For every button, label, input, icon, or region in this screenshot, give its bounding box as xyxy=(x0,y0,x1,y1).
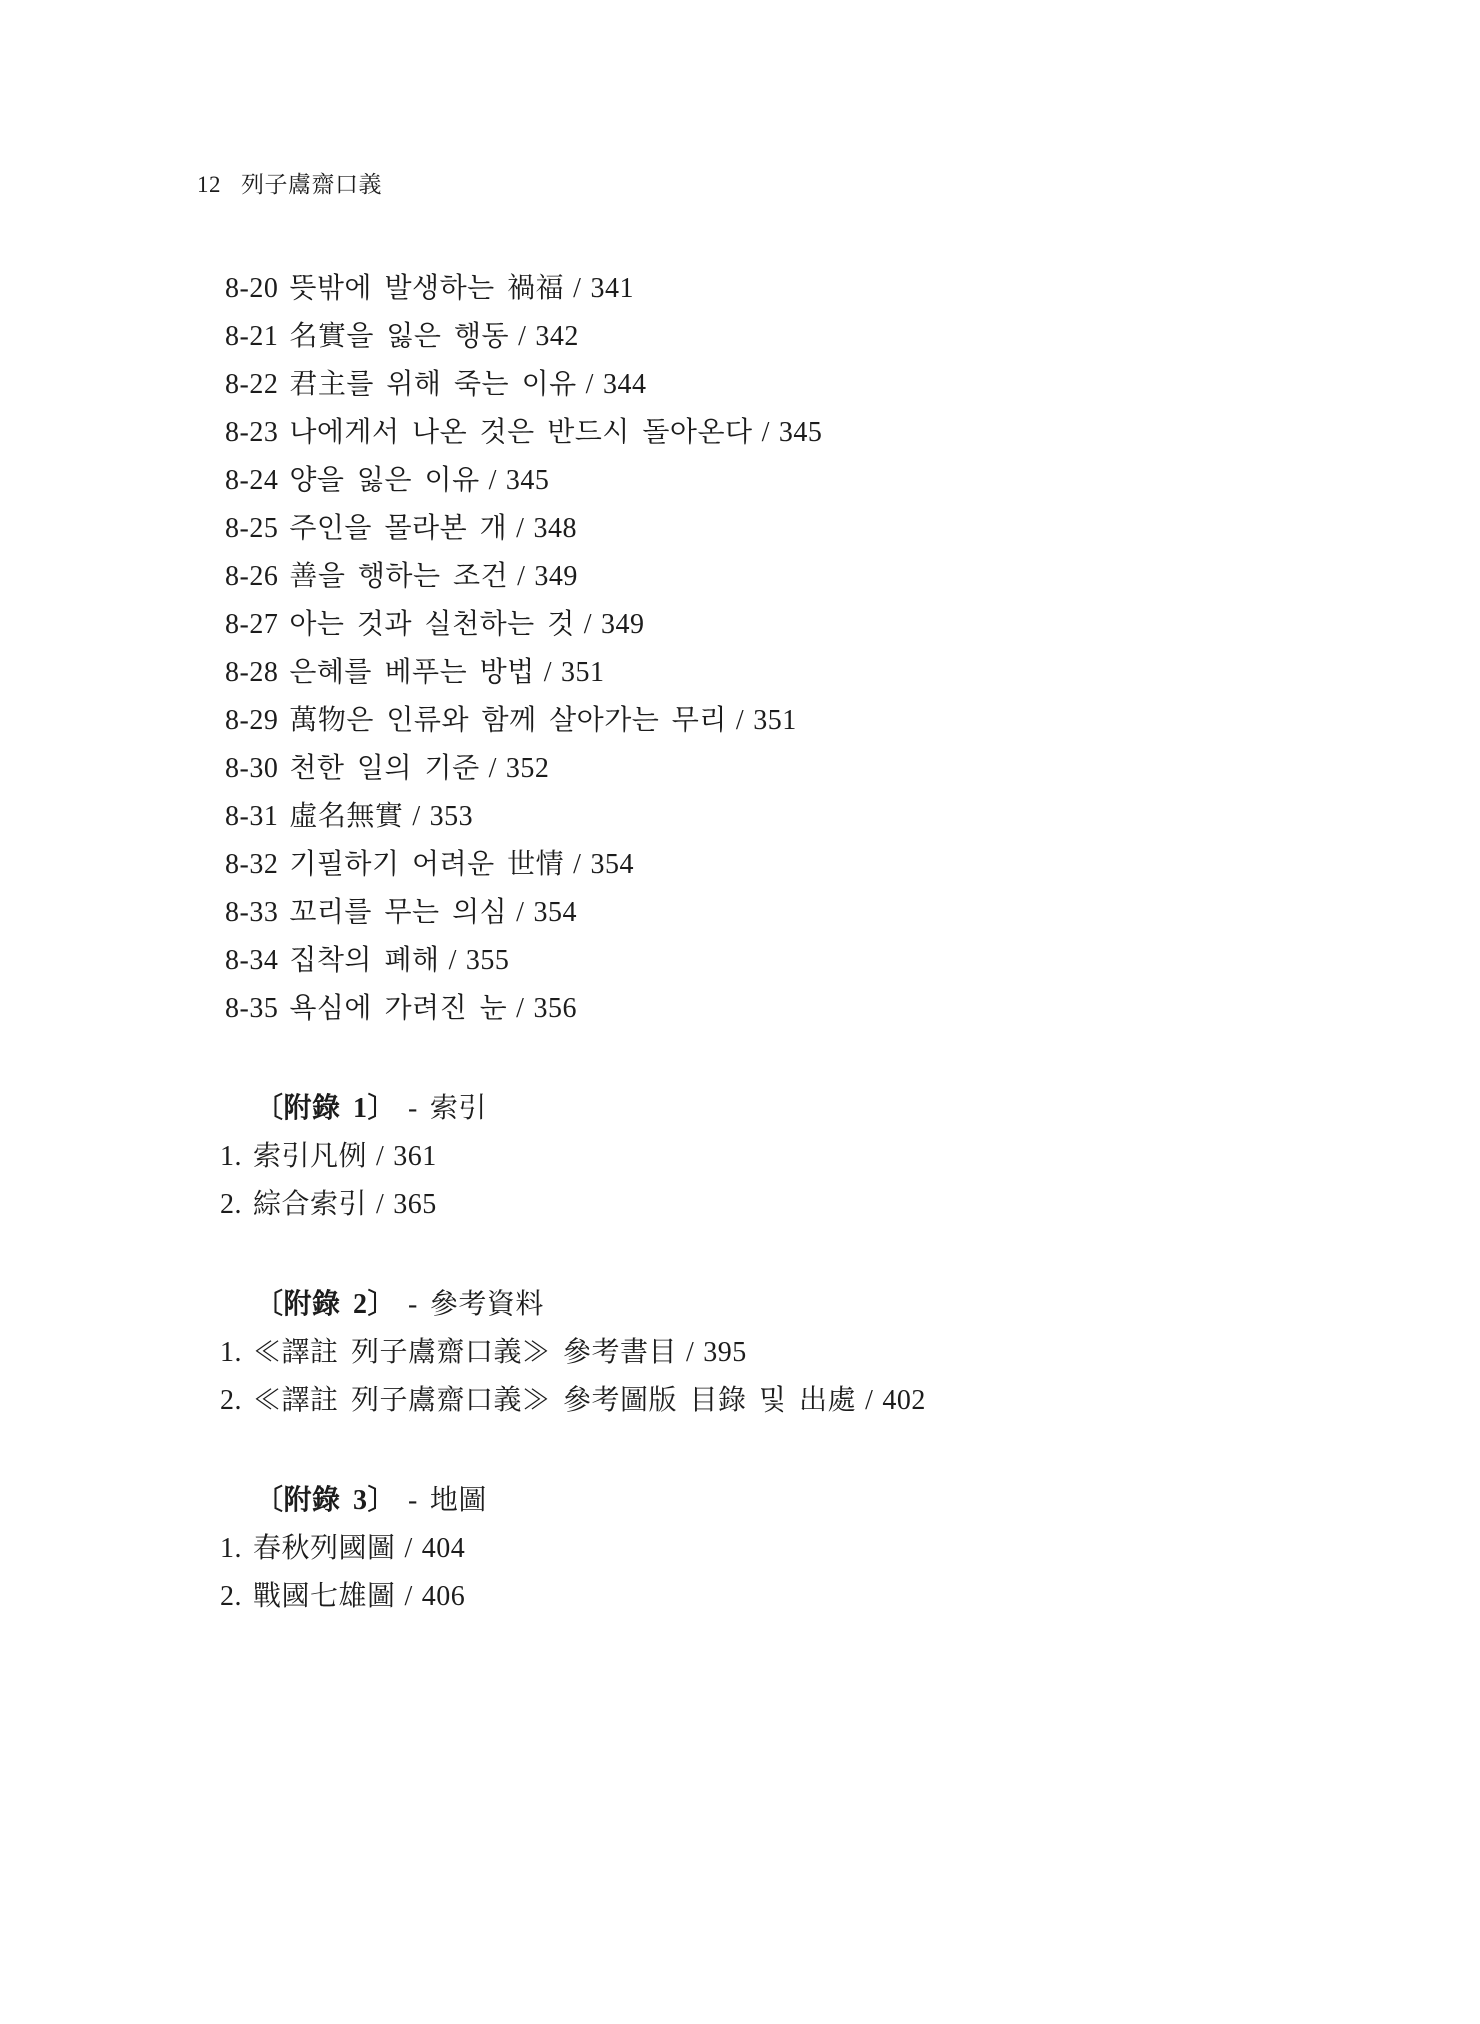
appendix-item-page: 361 xyxy=(393,1141,437,1172)
toc-entry: 8-29萬物은 인류와 함께 살아가는 무리/351 xyxy=(0,697,1480,745)
appendix-heading: 〔附錄 2〕-參考資料 xyxy=(0,1281,1480,1329)
appendix-heading-title: 地圖 xyxy=(430,1485,487,1516)
appendix-heading-label: 〔附錄 1〕 xyxy=(255,1093,396,1124)
appendix-heading-title: 參考資料 xyxy=(430,1289,544,1320)
toc-entry-page: 345 xyxy=(506,465,550,496)
toc-entry-number: 8-20 xyxy=(225,273,278,304)
appendix-item-title: 綜合索引 xyxy=(253,1189,367,1220)
appendix-heading-dash: - xyxy=(408,1485,418,1516)
appendix-heading-dash: - xyxy=(408,1289,418,1320)
toc-entry-page: 352 xyxy=(506,753,550,784)
appendix-item-number: 1. xyxy=(220,1533,242,1564)
appendix-item-page: 395 xyxy=(703,1337,747,1368)
appendix-section: 〔附錄 2〕-參考資料 1.≪譯註 列子鬳齋口義≫ 參考書目/395 2.≪譯註… xyxy=(0,1281,1480,1425)
appendix-item: 1.春秋列國圖/404 xyxy=(0,1525,1480,1573)
page-separator: / xyxy=(736,705,744,736)
toc-entry-number: 8-32 xyxy=(225,849,278,880)
toc-entry-title: 萬物은 인류와 함께 살아가는 무리 xyxy=(289,705,727,736)
toc-entry-title: 名實을 잃은 행동 xyxy=(289,321,509,352)
toc-entry-number: 8-31 xyxy=(225,801,278,832)
toc-entry: 8-21名實을 잃은 행동/342 xyxy=(0,313,1480,361)
toc-entry-title: 집착의 폐해 xyxy=(289,945,439,976)
toc-entry-title: 양을 잃은 이유 xyxy=(289,465,479,496)
toc-entry-page: 356 xyxy=(533,993,577,1024)
toc-entry-page: 354 xyxy=(533,897,577,928)
toc-entry: 8-30천한 일의 기준/352 xyxy=(0,745,1480,793)
page-number: 12 xyxy=(197,172,221,197)
page-separator: / xyxy=(376,1189,384,1220)
appendix-item-number: 2. xyxy=(220,1581,242,1612)
toc-entry-number: 8-24 xyxy=(225,465,278,496)
page-separator: / xyxy=(376,1141,384,1172)
page-separator: / xyxy=(573,849,581,880)
appendix-section: 〔附錄 1〕-索引 1.索引凡例/361 2.綜合索引/365 xyxy=(0,1085,1480,1229)
appendix-item: 2.≪譯註 列子鬳齋口義≫ 參考圖版 目錄 및 出處/402 xyxy=(0,1377,1480,1425)
appendix-heading-label: 〔附錄 3〕 xyxy=(255,1485,396,1516)
page-separator: / xyxy=(865,1385,873,1416)
page-separator: / xyxy=(405,1533,413,1564)
appendix-item-list: 1.春秋列國圖/404 2.戰國七雄圖/406 xyxy=(0,1525,1480,1621)
toc-entry-page: 354 xyxy=(590,849,634,880)
toc-entry-page: 351 xyxy=(561,657,605,688)
appendix-item: 2.綜合索引/365 xyxy=(0,1181,1480,1229)
toc-entry: 8-28은혜를 베푸는 방법/351 xyxy=(0,649,1480,697)
appendix-item-title: 戰國七雄圖 xyxy=(253,1581,396,1612)
appendix-item-page: 365 xyxy=(393,1189,437,1220)
book-title: 列子鬳齋口義 xyxy=(241,172,382,197)
toc-entry-title: 君主를 위해 죽는 이유 xyxy=(289,369,576,400)
page-separator: / xyxy=(516,897,524,928)
appendix-heading: 〔附錄 1〕-索引 xyxy=(0,1085,1480,1133)
toc-entry-number: 8-23 xyxy=(225,417,278,448)
appendix-item-title: 索引凡例 xyxy=(253,1141,367,1172)
toc-entry-number: 8-34 xyxy=(225,945,278,976)
toc-entry-title: 천한 일의 기준 xyxy=(289,753,479,784)
appendix-heading-dash: - xyxy=(408,1093,418,1124)
toc-entry-title: 꼬리를 무는 의심 xyxy=(289,897,507,928)
toc-entry-title: 욕심에 가려진 눈 xyxy=(289,993,507,1024)
page-separator: / xyxy=(573,273,581,304)
page-separator: / xyxy=(586,369,594,400)
toc-entry-page: 344 xyxy=(603,369,647,400)
toc-entry: 8-25주인을 몰라본 개/348 xyxy=(0,505,1480,553)
toc-entry-number: 8-22 xyxy=(225,369,278,400)
appendix-item-list: 1.≪譯註 列子鬳齋口義≫ 參考書目/395 2.≪譯註 列子鬳齋口義≫ 參考圖… xyxy=(0,1329,1480,1425)
toc-entry-page: 351 xyxy=(753,705,797,736)
toc-entry: 8-20뜻밖에 발생하는 禍福/341 xyxy=(0,265,1480,313)
page-separator: / xyxy=(489,753,497,784)
toc-entry-number: 8-27 xyxy=(225,609,278,640)
toc-entry-title: 기필하기 어려운 世情 xyxy=(289,849,564,880)
toc-entry-number: 8-35 xyxy=(225,993,278,1024)
toc-entry-number: 8-30 xyxy=(225,753,278,784)
toc-entry-page: 349 xyxy=(534,561,578,592)
appendix-heading-label: 〔附錄 2〕 xyxy=(255,1289,396,1320)
toc-entry: 8-35욕심에 가려진 눈/356 xyxy=(0,985,1480,1033)
toc-entry: 8-27아는 것과 실천하는 것/349 xyxy=(0,601,1480,649)
toc-entry-number: 8-33 xyxy=(225,897,278,928)
toc-entry: 8-23나에게서 나온 것은 반드시 돌아온다/345 xyxy=(0,409,1480,457)
toc-entry: 8-24양을 잃은 이유/345 xyxy=(0,457,1480,505)
toc-entry-title: 은혜를 베푸는 방법 xyxy=(289,657,534,688)
toc-entry: 8-31虛名無實/353 xyxy=(0,793,1480,841)
page-separator: / xyxy=(518,321,526,352)
page-separator: / xyxy=(516,513,524,544)
page-separator: / xyxy=(686,1337,694,1368)
appendix-item: 1.≪譯註 列子鬳齋口義≫ 參考書目/395 xyxy=(0,1329,1480,1377)
appendix-item-list: 1.索引凡例/361 2.綜合索引/365 xyxy=(0,1133,1480,1229)
toc-entry-page: 341 xyxy=(590,273,634,304)
toc-entry-title: 뜻밖에 발생하는 禍福 xyxy=(289,273,564,304)
toc-entry: 8-33꼬리를 무는 의심/354 xyxy=(0,889,1480,937)
appendix-item-page: 402 xyxy=(882,1385,926,1416)
toc-entry-page: 345 xyxy=(779,417,823,448)
page-separator: / xyxy=(584,609,592,640)
appendix-item-title: ≪譯註 列子鬳齋口義≫ 參考書目 xyxy=(253,1337,677,1368)
appendix-item-title: ≪譯註 列子鬳齋口義≫ 參考圖版 目錄 및 出處 xyxy=(253,1385,856,1416)
appendix-item-number: 2. xyxy=(220,1189,242,1220)
toc-entry-page: 348 xyxy=(533,513,577,544)
appendix-section: 〔附錄 3〕-地圖 1.春秋列國圖/404 2.戰國七雄圖/406 xyxy=(0,1477,1480,1621)
page-separator: / xyxy=(405,1581,413,1612)
page-separator: / xyxy=(762,417,770,448)
appendix-heading-title: 索引 xyxy=(430,1093,487,1124)
page-separator: / xyxy=(449,945,457,976)
toc-entry-number: 8-28 xyxy=(225,657,278,688)
toc-entry-title: 아는 것과 실천하는 것 xyxy=(289,609,574,640)
appendix-item-page: 404 xyxy=(422,1533,466,1564)
page-separator: / xyxy=(489,465,497,496)
toc-entry-title: 주인을 몰라본 개 xyxy=(289,513,507,544)
appendix-heading: 〔附錄 3〕-地圖 xyxy=(0,1477,1480,1525)
toc-entry-number: 8-25 xyxy=(225,513,278,544)
toc-entry-page: 349 xyxy=(601,609,645,640)
appendix-item-title: 春秋列國圖 xyxy=(253,1533,396,1564)
toc-entry-number: 8-26 xyxy=(225,561,278,592)
toc-entry-title: 나에게서 나온 것은 반드시 돌아온다 xyxy=(289,417,752,448)
appendix-item-number: 2. xyxy=(220,1385,242,1416)
toc-entry-title: 虛名無實 xyxy=(289,801,403,832)
toc-content: 8-20뜻밖에 발생하는 禍福/341 8-21名實을 잃은 행동/342 8-… xyxy=(0,265,1480,1621)
appendix-sections: 〔附錄 1〕-索引 1.索引凡例/361 2.綜合索引/365 〔附錄 2〕-參… xyxy=(0,1085,1480,1621)
page-separator: / xyxy=(517,561,525,592)
toc-entry-page: 353 xyxy=(430,801,474,832)
book-page: 12列子鬳齋口義 8-20뜻밖에 발생하는 禍福/341 8-21名實을 잃은 … xyxy=(0,0,1480,2024)
toc-list: 8-20뜻밖에 발생하는 禍福/341 8-21名實을 잃은 행동/342 8-… xyxy=(0,265,1480,1033)
toc-entry: 8-22君主를 위해 죽는 이유/344 xyxy=(0,361,1480,409)
running-header: 12列子鬳齋口義 xyxy=(197,172,382,198)
toc-entry-title: 善을 행하는 조건 xyxy=(289,561,508,592)
toc-entry: 8-32기필하기 어려운 世情/354 xyxy=(0,841,1480,889)
appendix-item: 1.索引凡例/361 xyxy=(0,1133,1480,1181)
page-separator: / xyxy=(516,993,524,1024)
toc-entry-number: 8-29 xyxy=(225,705,278,736)
toc-entry: 8-34집착의 폐해/355 xyxy=(0,937,1480,985)
appendix-item-number: 1. xyxy=(220,1141,242,1172)
appendix-item-page: 406 xyxy=(422,1581,466,1612)
page-separator: / xyxy=(412,801,420,832)
toc-entry-page: 355 xyxy=(466,945,510,976)
appendix-item: 2.戰國七雄圖/406 xyxy=(0,1573,1480,1621)
toc-entry: 8-26善을 행하는 조건/349 xyxy=(0,553,1480,601)
appendix-item-number: 1. xyxy=(220,1337,242,1368)
toc-entry-page: 342 xyxy=(535,321,579,352)
toc-entry-number: 8-21 xyxy=(225,321,278,352)
page-separator: / xyxy=(544,657,552,688)
